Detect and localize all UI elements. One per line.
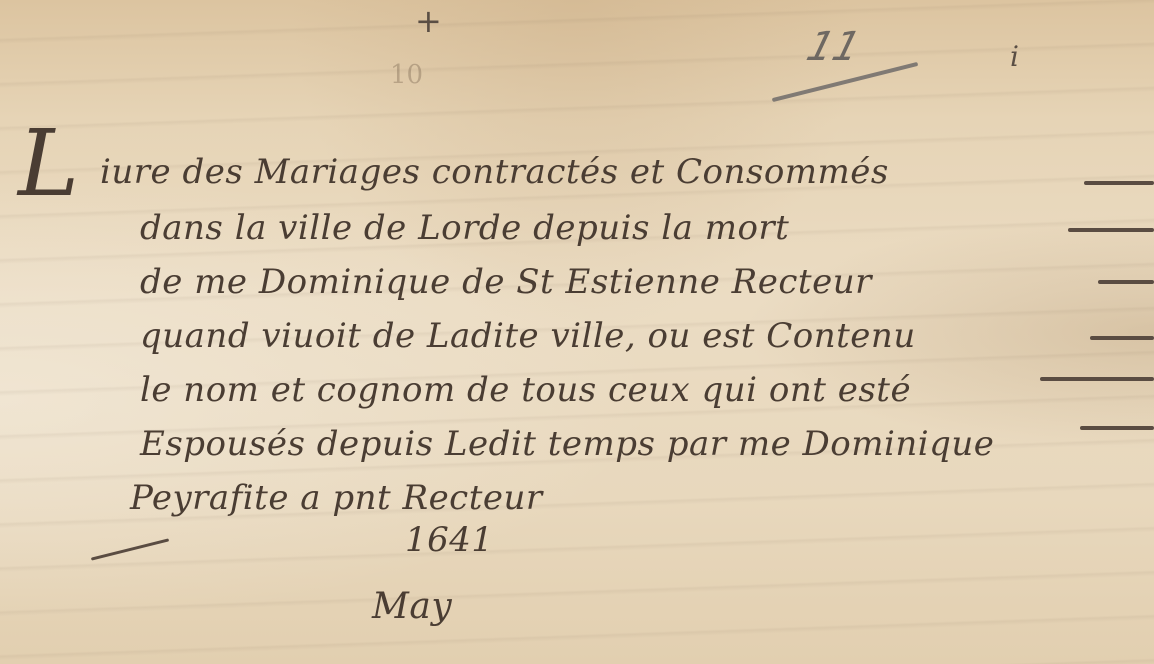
flourish-stroke [91,538,169,560]
line-filler-dash-3 [1098,280,1154,284]
year-date: 1641 [405,520,494,560]
decorated-initial: L [18,118,79,210]
text-line-1: iure des Mariages contractés et Consommé… [100,152,889,192]
folio-number: 11 [802,24,865,70]
line-filler-dash-6 [1080,426,1154,430]
faint-note: 10 [390,60,423,90]
month-date: May [372,586,452,627]
line-filler-dash-5 [1040,377,1154,381]
line-filler-dash-2 [1068,228,1154,232]
manuscript-page: + 10 11 i L iure des Mariages contractés… [0,0,1154,664]
line-filler-dash-4 [1090,336,1154,340]
line-filler-dash-1 [1084,181,1154,185]
corner-mark: i [1010,40,1019,73]
cross-mark: + [415,2,442,40]
text-line-2: dans la ville de Lorde depuis la mort [140,208,789,248]
text-line-3: de me Dominique de St Estienne Recteur [140,262,872,302]
text-line-5: le nom et cognom de tous ceux qui ont es… [140,370,911,410]
text-line-6: Espousés depuis Ledit temps par me Domin… [140,424,994,464]
text-line-4: quand viuoit de Ladite ville, ou est Con… [140,316,916,356]
text-line-7: Peyrafite a pnt Recteur [130,478,543,518]
